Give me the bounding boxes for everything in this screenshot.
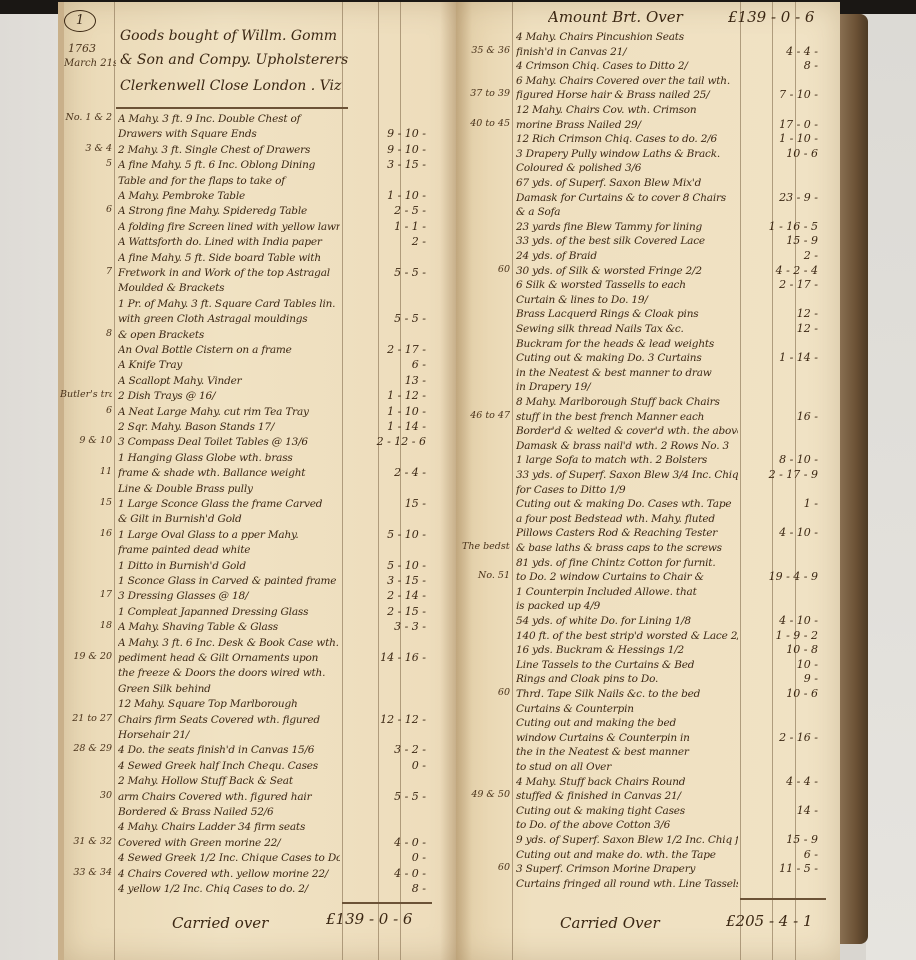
entry-description: 1 Large Oval Glass to a pper Mahy. [118, 528, 340, 542]
entry-margin-ref: 9 & 10 [60, 435, 112, 446]
entry-amount: 8 - [726, 59, 818, 72]
entry-description: A fine Mahy. 5 ft. 6 Inc. Oblong Dining [118, 158, 340, 172]
page-number: 1 [64, 10, 96, 32]
entry-amount: 5 - 5 - [330, 266, 426, 279]
entry-description: with green Cloth Astragal mouldings [118, 312, 340, 326]
entry-amount: 6 - [330, 358, 426, 371]
carried-over-total: £139 - 0 - 6 [326, 910, 436, 928]
entry-description: arm Chairs Covered wth. figured hair [118, 790, 340, 804]
entry-amount: 5 - 10 - [330, 528, 426, 541]
entry-amount: 9 - 10 - [330, 127, 426, 140]
entry-amount: 1 - [726, 497, 818, 510]
entry-description: 33 yds. of the best silk Covered Lace [516, 234, 738, 248]
entry-margin-ref: 6 [60, 204, 112, 215]
entry-description: A Scallopt Mahy. Vinder [118, 374, 340, 388]
entry-amount: 2 - 5 - [330, 204, 426, 217]
entry-margin-ref: 21 to 27 [60, 713, 112, 724]
entry-margin-ref: 40 to 45 [462, 118, 510, 129]
entry-amount: 2 - 16 - [726, 731, 818, 744]
entry-description: 4 Crimson Chiq. Cases to Ditto 2/ [516, 59, 738, 73]
entry-margin-ref: 46 to 47 [462, 410, 510, 421]
entry-description: An Oval Bottle Cistern on a frame [118, 343, 340, 357]
entry-description: Border'd & welted & cover'd wth. the abo… [516, 424, 738, 438]
entry-description: & base laths & brass caps to the screws [516, 541, 738, 555]
entry-description: morine Brass Nailed 29/ [516, 118, 738, 132]
entry-description: Thrd. Tape Silk Nails &c. to the bed [516, 687, 738, 701]
entry-description: 4 Mahy. Stuff back Chairs Round [516, 775, 738, 789]
entry-amount: 13 - [330, 374, 426, 387]
entry-amount: 17 - 0 - [726, 118, 818, 131]
entry-description: stuffed & finished in Canvas 21/ [516, 789, 738, 803]
entry-description: 1 Sconce Glass in Carved & painted frame [118, 574, 340, 588]
entry-amount: 1 - 9 - 2 [726, 629, 818, 642]
entry-description: Covered with Green morine 22/ [118, 836, 340, 850]
entry-description: 24 yds. of Braid [516, 249, 738, 263]
entry-description: window Curtains & Counterpin in [516, 731, 738, 745]
entry-description: & Gilt in Burnish'd Gold [118, 512, 340, 526]
entry-description: A Strong fine Mahy. Spideredg Table [118, 204, 340, 218]
entry-amount: 1 - 10 - [726, 132, 818, 145]
entry-margin-ref: 37 to 39 [462, 88, 510, 99]
entry-amount: 12 - [726, 307, 818, 320]
entry-description: to stud on all Over [516, 760, 738, 774]
entry-description: the freeze & Doors the doors wired wth. [118, 666, 340, 680]
entry-description: 81 yds. of fine Chintz Cotton for furnit… [516, 556, 738, 570]
entry-description: 1 large Sofa to match wth. 2 Bolsters [516, 453, 738, 467]
entry-amount: 12 - [726, 322, 818, 335]
entry-amount: 19 - 4 - 9 [726, 570, 818, 583]
entry-description: 2 Sqr. Mahy. Bason Stands 17/ [118, 420, 340, 434]
entry-description: A Mahy. Shaving Table & Glass [118, 620, 340, 634]
entry-amount: 1 - 1 - [330, 220, 426, 233]
entry-amount: 15 - 9 [726, 833, 818, 846]
entry-description: 4 Mahy. Chairs Pincushion Seats [516, 30, 738, 44]
entry-amount: 3 - 2 - [330, 743, 426, 756]
entry-description: 6 Silk & worsted Tassells to each [516, 278, 738, 292]
entry-description: is packed up 4/9 [516, 599, 738, 613]
entry-description: 1 Large Sconce Glass the frame Carved [118, 497, 340, 511]
entry-amount: 4 - 0 - [330, 836, 426, 849]
entry-amount: 15 - 9 [726, 234, 818, 247]
entry-description: A Knife Tray [118, 358, 340, 372]
entry-margin-ref: 49 & 50 [462, 789, 510, 800]
entry-amount: 1 - 14 - [330, 420, 426, 433]
entry-description: Cuting out & making tight Cases [516, 804, 738, 818]
entry-description: A Mahy. Pembroke Table [118, 189, 340, 203]
entry-description: Curtain & lines to Do. 19/ [516, 293, 738, 307]
entry-description: A fine Mahy. 5 ft. Side board Table with [118, 251, 340, 265]
entry-description: 54 yds. of white Do. for Lining 1/8 [516, 614, 738, 628]
entry-margin-ref: 8 [60, 328, 112, 339]
entry-margin-ref: 3 & 4 [60, 143, 112, 154]
entry-amount: 2 - [726, 249, 818, 262]
entry-amount: 4 - 10 - [726, 526, 818, 539]
entry-amount: 11 - 5 - [726, 862, 818, 875]
entry-amount: 2 - 17 - 9 [726, 468, 818, 481]
heading-underline [116, 107, 348, 109]
entry-amount: 4 - 10 - [726, 614, 818, 627]
heading-line-2: & Son and Compy. Upholsterers in [120, 46, 348, 74]
entry-margin-ref: 5 [60, 158, 112, 169]
carried-over-total-right: £205 - 4 - 1 [726, 912, 836, 930]
entry-margin-ref: 31 & 32 [60, 836, 112, 847]
entry-description: & a Sofa [516, 205, 738, 219]
entry-margin-ref: 19 & 20 [60, 651, 112, 662]
entry-description: 1 Compleat Japanned Dressing Glass [118, 605, 340, 619]
entry-description: 9 yds. of Superf. Saxon Blew 1/2 Inc. Ch… [516, 833, 738, 847]
entry-amount: 2 - 12 - 6 [330, 435, 426, 448]
entry-amount: 10 - 8 [726, 643, 818, 656]
entry-description: 1 Ditto in Burnish'd Gold [118, 559, 340, 573]
entry-description: Pillows Casters Rod & Reaching Tester [516, 526, 738, 540]
entry-description: Cuting out & making Do. Cases wth. Tape [516, 497, 738, 511]
entry-margin-ref: 18 [60, 620, 112, 631]
entry-amount: 12 - 12 - [330, 713, 426, 726]
entry-description: 2 Mahy. 3 ft. Single Chest of Drawers [118, 143, 340, 157]
entry-amount: 2 - 17 - [330, 343, 426, 356]
entry-description: 1 Hanging Glass Globe wth. brass [118, 451, 340, 465]
entry-margin-ref: 7 [60, 266, 112, 277]
entry-margin-ref: 15 [60, 497, 112, 508]
left-total-rule [342, 902, 432, 904]
entry-amount: 1 - 10 - [330, 405, 426, 418]
entry-description: Coloured & polished 3/6 [516, 161, 738, 175]
entry-description: Horsehair 21/ [118, 728, 340, 742]
entry-amount: 1 - 14 - [726, 351, 818, 364]
entry-description: Sewing silk thread Nails Tax &c. [516, 322, 738, 336]
entry-amount: 2 - 14 - [330, 589, 426, 602]
entry-margin-ref: 35 & 36 [462, 45, 510, 56]
entry-description: A Neat Large Mahy. cut rim Tea Tray [118, 405, 340, 419]
entry-description: Curtains fringed all round wth. Line Tas… [516, 877, 738, 891]
entry-description: Cuting out and making the bed [516, 716, 738, 730]
entry-description: A Mahy. 3 ft. 9 Inc. Double Chest of [118, 112, 340, 126]
entry-description: Line & Double Brass pully [118, 482, 340, 496]
entry-amount: 8 - 10 - [726, 453, 818, 466]
entry-description: Brass Lacquerd Rings & Cloak pins [516, 307, 738, 321]
entry-amount: 16 - [726, 410, 818, 423]
entry-description: 12 Mahy. Square Top Marlborough [118, 697, 340, 711]
entry-description: 2 Dish Trays @ 16/ [118, 389, 340, 403]
entry-amount: 2 - 17 - [726, 278, 818, 291]
entry-description: 4 Sewed Greek 1/2 Inc. Chique Cases to D… [118, 851, 340, 865]
entry-description: for Cases to Ditto 1/9 [516, 483, 738, 497]
entry-amount: 14 - [726, 804, 818, 817]
entry-description: pediment head & Gilt Ornaments upon [118, 651, 340, 665]
entry-description: 30 yds. of Silk & worsted Fringe 2/2 [516, 264, 738, 278]
entry-amount: 4 - 4 - [726, 45, 818, 58]
entry-description: in Drapery 19/ [516, 380, 738, 394]
entry-margin-ref: 11 [60, 466, 112, 477]
entry-description: A Wattsforth do. Lined with India paper [118, 235, 340, 249]
entry-amount: 2 - 4 - [330, 466, 426, 479]
entry-description: A Mahy. 3 ft. 6 Inc. Desk & Book Case wt… [118, 636, 340, 650]
entry-description: a four post Bedstead wth. Mahy. fluted [516, 512, 738, 526]
entry-margin-ref: 16 [60, 528, 112, 539]
photo-background-left [0, 14, 60, 960]
entry-date: March 21st [64, 58, 116, 69]
entry-description: Table and for the flaps to take of [118, 174, 340, 188]
entry-amount: 4 - 2 - 4 [726, 264, 818, 277]
heading-line-3: Clerkenwell Close London . Viz [120, 72, 348, 100]
entry-margin-ref: 33 & 34 [60, 867, 112, 878]
entry-amount: 2 - 15 - [330, 605, 426, 618]
entry-description: 4 Mahy. Chairs Ladder 34 firm seats [118, 820, 340, 834]
entry-amount: 5 - 5 - [330, 790, 426, 803]
entry-description: finish'd in Canvas 21/ [516, 45, 738, 59]
entry-description: Moulded & Brackets [118, 281, 340, 295]
entry-description: figured Horse hair & Brass nailed 25/ [516, 88, 738, 102]
entry-description: 23 yards fine Blew Tammy for lining [516, 220, 738, 234]
entry-margin-ref: 60 [462, 687, 510, 698]
entry-description: Fretwork in and Work of the top Astragal [118, 266, 340, 280]
left-margin-rule [114, 2, 115, 960]
brought-over-label: Amount Brt. Over [548, 8, 728, 26]
entry-amount: 10 - 6 [726, 687, 818, 700]
entry-description: Buckram for the heads & lead weights [516, 337, 738, 351]
entry-margin-ref: 6 [60, 405, 112, 416]
entry-amount: 10 - [726, 658, 818, 671]
entry-description: 3 Compass Deal Toilet Tables @ 13/6 [118, 435, 340, 449]
entry-description: Drawers with Square Ends [118, 127, 340, 141]
entry-amount: 9 - 10 - [330, 143, 426, 156]
entry-description: 33 yds. of Superf. Saxon Blew 3/4 Inc. C… [516, 468, 738, 482]
entry-description: 140 ft. of the best strip'd worsted & La… [516, 629, 738, 643]
entry-amount: 4 - 0 - [330, 867, 426, 880]
entry-amount: 5 - 5 - [330, 312, 426, 325]
entry-description: 12 Mahy. Chairs Cov. wth. Crimson [516, 103, 738, 117]
entry-description: 3 Superf. Crimson Morine Drapery [516, 862, 738, 876]
entry-margin-ref: 30 [60, 790, 112, 801]
entry-description: 2 Mahy. Hollow Stuff Back & Seat [118, 774, 340, 788]
entry-margin-ref: The bedstd. is in [462, 541, 510, 552]
entry-amount: 1 - 10 - [330, 189, 426, 202]
entry-amount: 5 - 10 - [330, 559, 426, 572]
entry-description: 4 Sewed Greek half Inch Chequ. Cases [118, 759, 340, 773]
entry-description: Chairs firm Seats Covered wth. figured [118, 713, 340, 727]
entry-description: in the Neatest & best manner to draw [516, 366, 738, 380]
entry-description: Rings and Cloak pins to Do. [516, 672, 738, 686]
entry-amount: 0 - [330, 851, 426, 864]
entry-description: Damask & brass nail'd wth. 2 Rows No. 3 [516, 439, 738, 453]
entry-description: 16 yds. Buckram & Hessings 1/2 [516, 643, 738, 657]
book-gutter [440, 2, 472, 960]
entry-amount: 1 - 12 - [330, 389, 426, 402]
entry-amount: 15 - [330, 497, 426, 510]
brought-over-total: £139 - 0 - 6 [728, 8, 828, 26]
entry-description: Green Silk behind [118, 682, 340, 696]
carried-over-label-right: Carried Over [560, 914, 680, 932]
entry-amount: 7 - 10 - [726, 88, 818, 101]
entry-description: 4 Chairs Covered wth. yellow morine 22/ [118, 867, 340, 881]
entry-year: 1763 [68, 42, 112, 55]
entry-description: frame painted dead white [118, 543, 340, 557]
entry-amount: 14 - 16 - [330, 651, 426, 664]
entry-description: Bordered & Brass Nailed 52/6 [118, 805, 340, 819]
entry-amount: 3 - 15 - [330, 574, 426, 587]
entry-amount: 9 - [726, 672, 818, 685]
entry-margin-ref: Butler's tray [60, 389, 112, 400]
book-page-edges [838, 14, 868, 944]
entry-amount: 3 - 3 - [330, 620, 426, 633]
entry-margin-ref: 60 [462, 264, 510, 275]
entry-description: Cuting out & making Do. 3 Curtains [516, 351, 738, 365]
entry-description: 8 Mahy. Marlborough Stuff back Chairs [516, 395, 738, 409]
entry-margin-ref: 60 [462, 862, 510, 873]
entry-amount: 2 - [330, 235, 426, 248]
entry-amount: 1 - 16 - 5 [726, 220, 818, 233]
photo-background-right [866, 14, 916, 960]
entry-description: 4 Do. the seats finish'd in Canvas 15/6 [118, 743, 340, 757]
entry-description: 6 Mahy. Chairs Covered over the tail wth… [516, 74, 738, 88]
entry-description: Damask for Curtains & to cover 8 Chairs [516, 191, 738, 205]
entry-description: 1 Counterpin Included Allowe. that [516, 585, 738, 599]
entry-description: Line Tassels to the Curtains & Bed [516, 658, 738, 672]
right-margin-rule [512, 2, 513, 960]
entry-amount: 4 - 4 - [726, 775, 818, 788]
entry-description: to Do. 2 window Curtains to Chair & [516, 570, 738, 584]
entry-amount: 3 - 15 - [330, 158, 426, 171]
entry-margin-ref: 28 & 29 [60, 743, 112, 754]
entry-description: Cuting out and make do. wth. the Tape [516, 848, 738, 862]
entry-description: Curtains & Counterpin [516, 702, 738, 716]
entry-description: stuff in the best french Manner each [516, 410, 738, 424]
entry-margin-ref: No. 1 & 2 [60, 112, 112, 123]
entry-description: 1 Pr. of Mahy. 3 ft. Square Card Tables … [118, 297, 340, 311]
entry-description: 3 Drapery Pully window Laths & Brack. [516, 147, 738, 161]
entry-description: A folding fire Screen lined with yellow … [118, 220, 340, 234]
entry-description: the in the Neatest & best manner [516, 745, 738, 759]
entry-description: to Do. of the above Cotton 3/6 [516, 818, 738, 832]
entry-description: 12 Rich Crimson Chiq. Cases to do. 2/6 [516, 132, 738, 146]
entry-description: 3 Dressing Glasses @ 18/ [118, 589, 340, 603]
entry-description: 67 yds. of Superf. Saxon Blew Mix'd [516, 176, 738, 190]
entry-amount: 23 - 9 - [726, 191, 818, 204]
entry-description: & open Brackets [118, 328, 340, 342]
entry-description: frame & shade wth. Ballance weight [118, 466, 340, 480]
entry-margin-ref: 17 [60, 589, 112, 600]
entry-amount: 0 - [330, 759, 426, 772]
entry-margin-ref: No. 51 [462, 570, 510, 581]
entry-amount: 6 - [726, 848, 818, 861]
entry-description: 4 yellow 1/2 Inc. Chiq Cases to do. 2/ [118, 882, 340, 896]
right-total-rule [740, 898, 826, 900]
carried-over-label: Carried over [172, 914, 292, 932]
entry-amount: 10 - 6 [726, 147, 818, 160]
entry-amount: 8 - [330, 882, 426, 895]
